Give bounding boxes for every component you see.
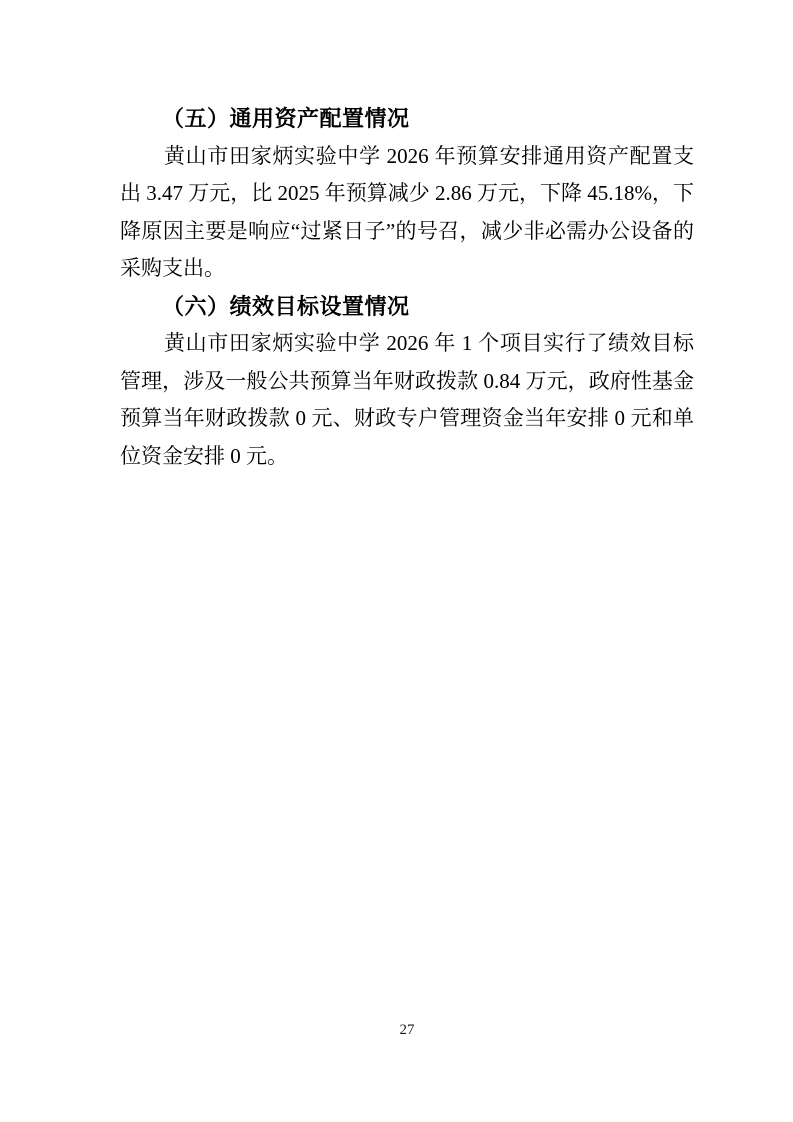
- document-content: （五）通用资产配置情况 黄山市田家炳实验中学 2026 年预算安排通用资产配置支…: [120, 100, 694, 475]
- body-paragraph: 黄山市田家炳实验中学 2026 年预算安排通用资产配置支出 3.47 万元，比 …: [120, 138, 694, 288]
- document-page: （五）通用资产配置情况 黄山市田家炳实验中学 2026 年预算安排通用资产配置支…: [0, 0, 793, 1122]
- section-heading: （六）绩效目标设置情况: [120, 288, 694, 326]
- section-performance-target: （六）绩效目标设置情况 黄山市田家炳实验中学 2026 年 1 个项目实行了绩效…: [120, 288, 694, 476]
- page-number: 27: [120, 1022, 694, 1039]
- body-paragraph: 黄山市田家炳实验中学 2026 年 1 个项目实行了绩效目标管理，涉及一般公共预…: [120, 325, 694, 475]
- section-general-asset-allocation: （五）通用资产配置情况 黄山市田家炳实验中学 2026 年预算安排通用资产配置支…: [120, 100, 694, 288]
- section-heading: （五）通用资产配置情况: [120, 100, 694, 138]
